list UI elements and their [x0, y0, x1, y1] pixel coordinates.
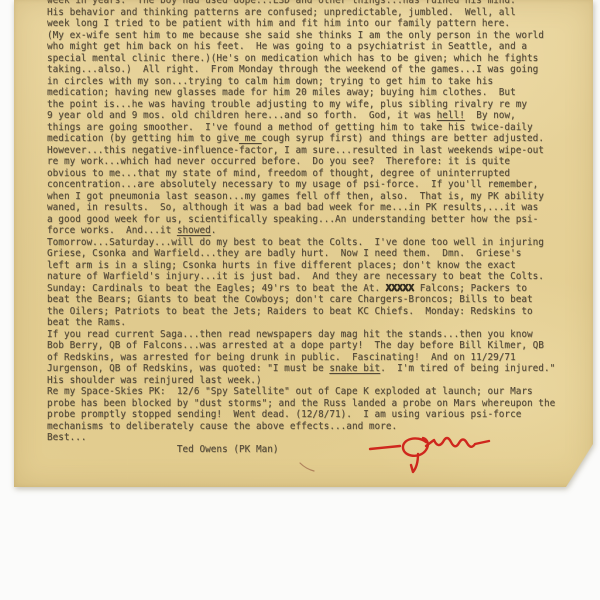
typed-line: medication; having new glasses made for …: [47, 87, 587, 99]
small-pen-mark: [292, 460, 322, 476]
typed-line: Bob Berry, QB of Falcons...was arrested …: [47, 340, 587, 352]
typed-line: taking...also.) All right. From Monday t…: [47, 64, 587, 76]
typed-line: force works. And...it showed.: [47, 225, 587, 237]
typed-line: week long I tried to be patient with him…: [47, 18, 587, 30]
typed-line: who might get him back on his feet. He w…: [47, 41, 587, 53]
typed-line: However...this negative-influence-factor…: [47, 145, 587, 157]
typed-line: left arm is in a sling; Csonka hurts in …: [47, 260, 587, 272]
typed-line: (My ex-wife sent him to me because she s…: [47, 30, 587, 42]
typed-line: probe promptly stopped sending! Went dea…: [47, 409, 587, 421]
typed-line: of Redskins, was arrested for being drun…: [47, 352, 587, 364]
typed-line: Jurgenson, QB of Redskins, was quoted: "…: [47, 363, 587, 375]
typed-line: special mental clinic there.)(He's on me…: [47, 53, 587, 65]
typed-line: 9 year old and 9 mos. old children here.…: [47, 110, 587, 122]
typed-line: mechanisms to deliberately cause the abo…: [47, 421, 587, 433]
typed-line: concentration...are absolutely necessary…: [47, 179, 587, 191]
typed-line: week in years. The boy had used dope...L…: [47, 0, 587, 7]
typed-line: Best...: [47, 432, 587, 444]
typed-line: His shoulder was reinjured last week.): [47, 375, 587, 387]
typed-line: Ted Owens (PK Man): [47, 444, 587, 456]
typed-line: waned, in results. So, although it was a…: [47, 202, 587, 214]
typed-text: week in years. The boy had used dope...L…: [47, 0, 587, 455]
typed-line: re my work...which had never occurred be…: [47, 156, 587, 168]
typed-line: probe has been blocked by "dust storms";…: [47, 398, 587, 410]
letter-paper-shadow: week in years. The boy had used dope...L…: [0, 0, 600, 600]
typed-line: obvious to me...that my state of mind, f…: [47, 168, 587, 180]
typed-line: Tomorrow...Saturday...will do my best to…: [47, 237, 587, 249]
typed-line: Griese, Csonka and Warfield...they are b…: [47, 248, 587, 260]
typed-line: nature of Warfield's injury...it is just…: [47, 271, 587, 283]
typed-line: Sunday: Cardinals to beat the Eagles; 49…: [47, 283, 587, 295]
typed-line: in circles with my son...trying to calm …: [47, 76, 587, 88]
typed-line: His behavior and thinking patterns are c…: [47, 7, 587, 19]
letter-paper: week in years. The boy had used dope...L…: [14, 0, 593, 487]
typed-line: If you read current Saga...then read new…: [47, 329, 587, 341]
typed-line: beat the Bears; Giants to beat the Cowbo…: [47, 294, 587, 306]
typed-line: things are going smoother. I've found a …: [47, 122, 587, 134]
typed-line: beat the Rams.: [47, 317, 587, 329]
typed-line: the point is...he was having trouble adj…: [47, 99, 587, 111]
typed-line: Re my Space-Skies PK: 12/6 "Spy Satellit…: [47, 386, 587, 398]
typed-line: medication (by getting him to give me co…: [47, 133, 587, 145]
typed-line: when I got pneumonia last season...my ga…: [47, 191, 587, 203]
scanned-letter-page: week in years. The boy had used dope...L…: [0, 0, 600, 600]
typed-line: a good good week for us, scientifically …: [47, 214, 587, 226]
typed-line: the Oilers; Patriots to beat the Jets; R…: [47, 306, 587, 318]
